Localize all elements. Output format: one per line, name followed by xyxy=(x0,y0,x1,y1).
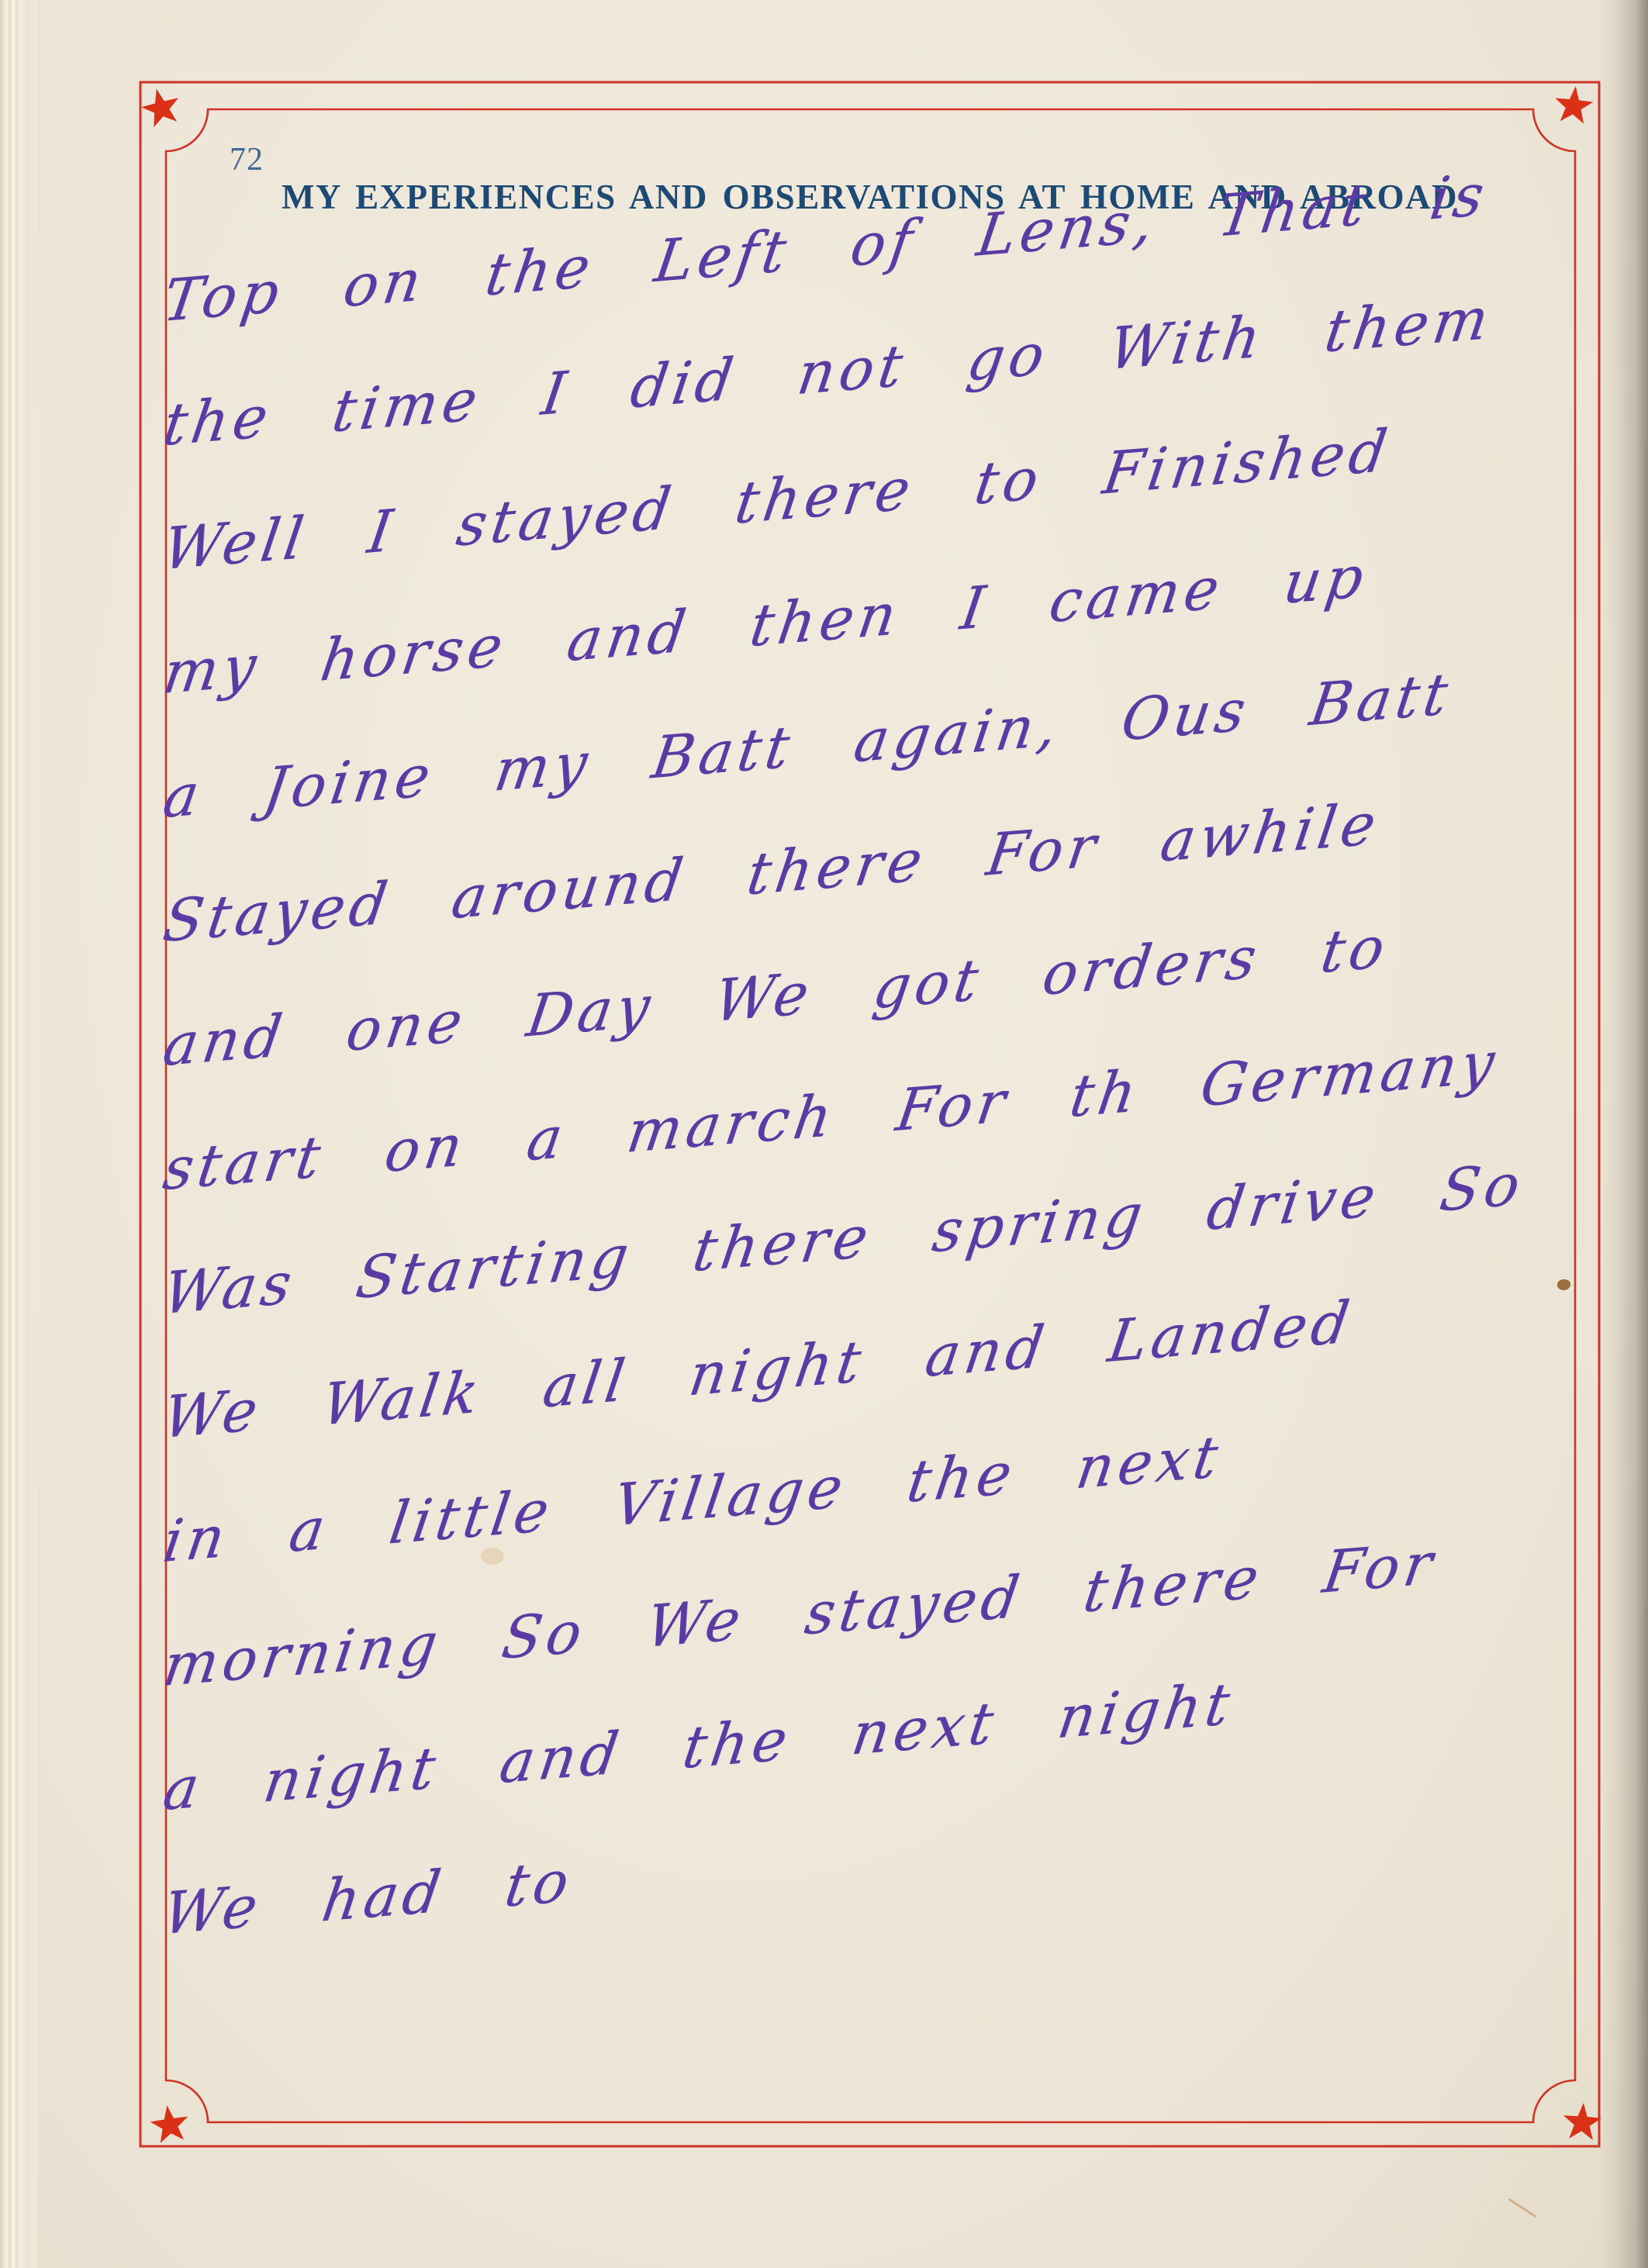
handwriting-line: We had to xyxy=(159,1848,578,1949)
page-curve-shadow xyxy=(1598,0,1648,2268)
book-page: 72 MY EXPERIENCES AND OBSERVATIONS AT HO… xyxy=(0,0,1648,2268)
handwriting-line: in a little Village the next xyxy=(159,1423,1226,1576)
handwriting-line: a night and the next night xyxy=(159,1670,1239,1824)
paper-stain xyxy=(481,1548,504,1565)
handwriting-block: Top on the Left of Lens, That isthe time… xyxy=(0,0,1648,2268)
